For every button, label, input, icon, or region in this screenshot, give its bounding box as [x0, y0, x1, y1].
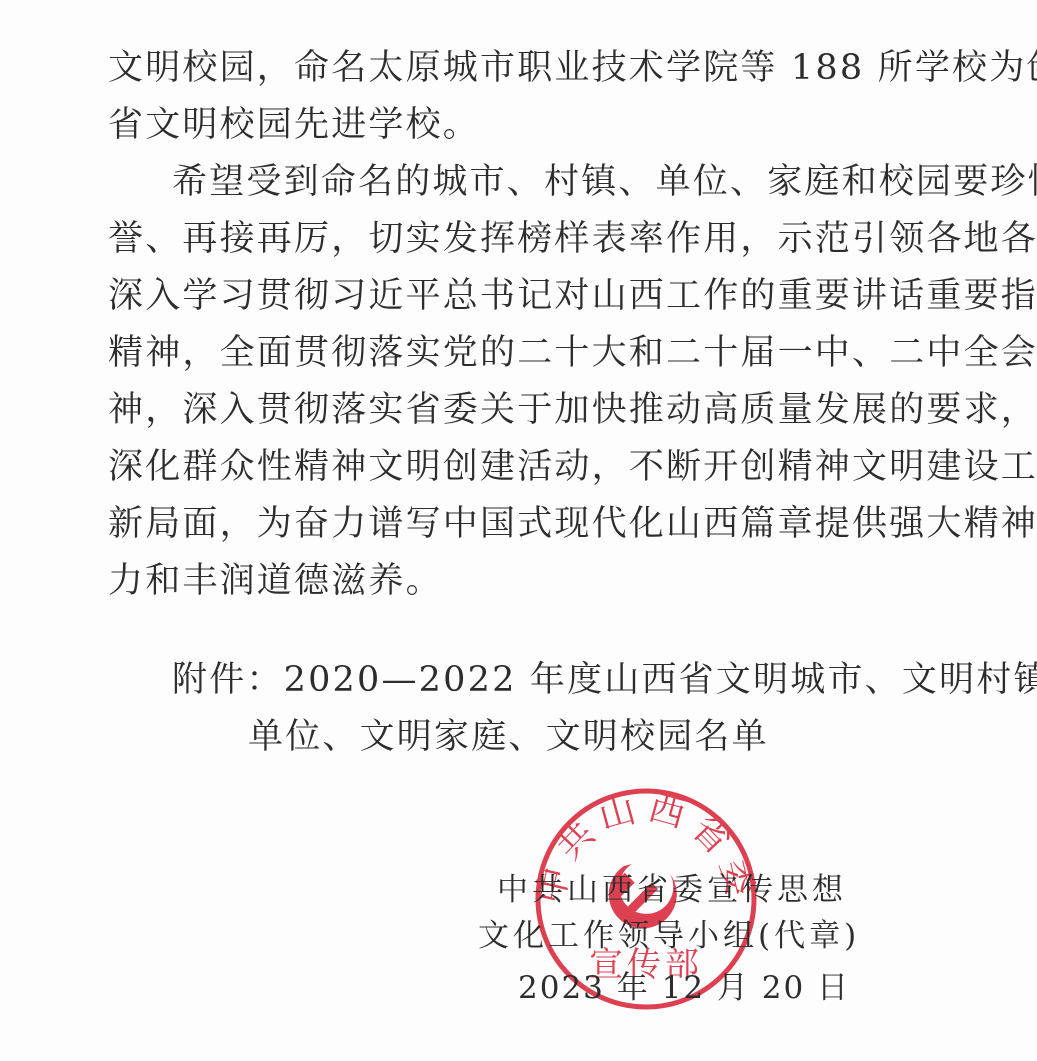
- attachment-line-1: 附件：2020—2022 年度山西省文明城市、文明村镇、文明: [172, 660, 1037, 700]
- body-line-10: 力和丰润道德滋养。: [108, 561, 443, 601]
- body-line-7: 神，深入贯彻落实省委关于加快推动高质量发展的要求，持续: [108, 390, 1037, 430]
- body-line-5: 深入学习贯彻习近平总书记对山西工作的重要讲话重要指示: [108, 276, 1037, 316]
- body-line-8: 深化群众性精神文明创建活动，不断开创精神文明建设工作: [108, 447, 1037, 487]
- body-line-2: 省文明校园先进学校。: [108, 105, 480, 145]
- body-line-6: 精神，全面贯彻落实党的二十大和二十届一中、二中全会精: [108, 333, 1037, 373]
- signature-org-line-1: 中共山西省委宣传思想: [497, 872, 847, 908]
- document-page: 文明校园，命名太原城市职业技术学院等 188 所学校为创建 省文明校园先进学校。…: [0, 0, 1037, 1061]
- body-line-4: 誉、再接再厉，切实发挥榜样表率作用，示范引领各地各部门: [108, 219, 1037, 259]
- body-line-3: 希望受到命名的城市、村镇、单位、家庭和校园要珍惜荣: [172, 162, 1037, 202]
- signature-org-line-2: 文化工作领导小组(代章): [478, 918, 860, 954]
- attachment-line-2: 单位、文明家庭、文明校园名单: [248, 717, 769, 757]
- signature-date: 2023 年 12 月 20 日: [518, 970, 850, 1006]
- body-line-1: 文明校园，命名太原城市职业技术学院等 188 所学校为创建: [108, 48, 1037, 88]
- body-line-9: 新局面，为奋力谱写中国式现代化山西篇章提供强大精神动: [108, 504, 1037, 544]
